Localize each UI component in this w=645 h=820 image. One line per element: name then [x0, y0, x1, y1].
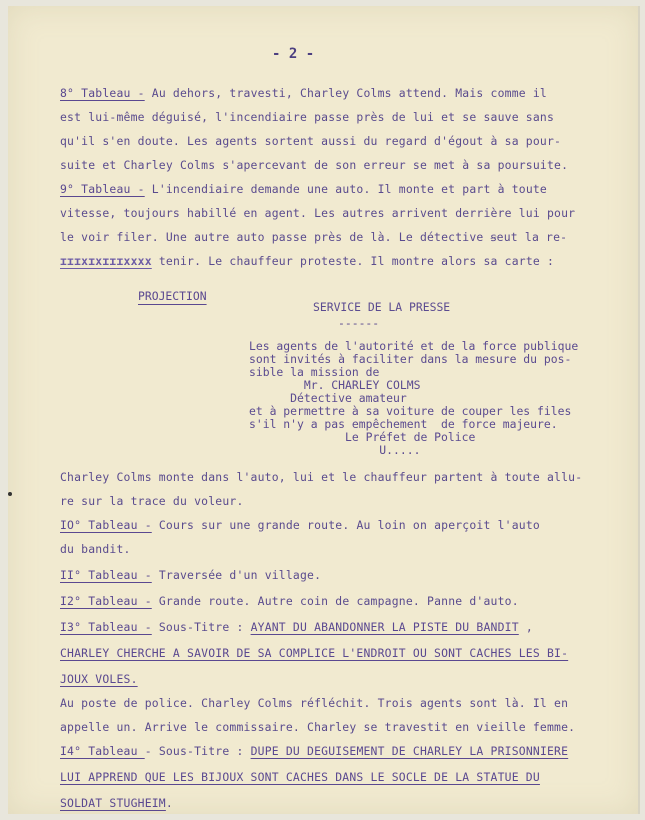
projection-label: PROJECTION	[138, 289, 207, 303]
line-text: qu'il s'en doute. Les agents sortent aus…	[60, 134, 561, 148]
line-text: est lui-même déguisé, l'incendiaire pass…	[60, 110, 554, 124]
subtitle-text: AYANT DU ABANDONNER LA PISTE DU BANDIT	[251, 620, 519, 634]
line-text: appelle un. Arrive le commissaire. Charl…	[60, 720, 575, 734]
text-line: CHARLEY CHERCHE A SAVOIR DE SA COMPLICE …	[60, 646, 568, 660]
text-line: JOUX VOLES.	[60, 672, 138, 686]
tableau-label: I3° Tableau -	[60, 620, 152, 634]
line-text: re sur la trace du voleur.	[60, 494, 244, 508]
text-line: du bandit.	[60, 542, 131, 556]
line-text: Cours sur une grande route. Au loin on a…	[152, 518, 540, 532]
text-line: 8° Tableau - Au dehors, travesti, Charle…	[60, 86, 547, 100]
text-line: Charley Colms monte dans l'auto, lui et …	[60, 470, 582, 484]
text-line: le voir filer. Une autre auto passe près…	[60, 230, 567, 244]
notice-title: SERVICE DE LA PRESSE	[313, 300, 450, 315]
text-line: 9° Tableau - L'incendiaire demande une a…	[60, 182, 547, 196]
line-text: .	[166, 796, 173, 810]
text-line: suite et Charley Colms s'apercevant de s…	[60, 158, 568, 172]
line-text: - Sous-Titre :	[145, 744, 251, 758]
text-line: II° Tableau - Traversée d'un village.	[60, 568, 321, 582]
tableau-label: I2° Tableau -	[60, 594, 152, 608]
tableau-label: 9° Tableau -	[60, 182, 145, 196]
text-line: re sur la trace du voleur.	[60, 494, 244, 508]
text-line: vitesse, toujours habillé en agent. Les …	[60, 206, 575, 220]
text-line: est lui-même déguisé, l'incendiaire pass…	[60, 110, 554, 124]
line-text: tenir. Le chauffeur proteste. Il montre …	[152, 254, 554, 268]
struck-out-text: ɪɪɪxɪxɪɪɪxxxx	[60, 254, 152, 268]
margin-mark	[8, 492, 12, 496]
line-text: Grande route. Autre coin de campagne. Pa…	[152, 594, 519, 608]
line-text: vitesse, toujours habillé en agent. Les …	[60, 206, 575, 220]
line-text: Au dehors, travesti, Charley Colms atten…	[145, 86, 547, 100]
notice-initial: U.....	[249, 443, 420, 458]
tableau-label: II° Tableau -	[60, 568, 152, 582]
text-line: LUI APPREND QUE LES BIJOUX SONT CACHES D…	[60, 770, 540, 784]
line-text: Sous-Titre :	[152, 620, 251, 634]
text-line: SOLDAT STUGHEIM.	[60, 796, 173, 810]
tableau-label: IO° Tableau -	[60, 518, 152, 532]
subtitle-text: LUI APPREND QUE LES BIJOUX SONT CACHES D…	[60, 770, 540, 784]
text-line: ɪɪɪxɪxɪɪɪxxxx tenir. Le chauffeur protes…	[60, 254, 554, 268]
line-text: ,	[519, 620, 533, 634]
subtitle-text: DUPE DU DEGUISEMENT DE CHARLEY LA PRISON…	[251, 744, 569, 758]
line-text: le voir filer. Une autre auto passe près…	[60, 230, 567, 244]
line-text: Au poste de police. Charley Colms réfléc…	[60, 696, 568, 710]
subtitle-text: SOLDAT STUGHEIM	[60, 796, 166, 810]
page-number: - 2 -	[272, 46, 314, 62]
notice-rule: ------	[338, 316, 379, 331]
text-line: I2° Tableau - Grande route. Autre coin d…	[60, 594, 519, 608]
text-line: IO° Tableau - Cours sur une grande route…	[60, 518, 540, 532]
tableau-label: I4° Tableau	[60, 744, 145, 758]
text-line: I4° Tableau - Sous-Titre : DUPE DU DEGUI…	[60, 744, 568, 758]
text-line: appelle un. Arrive le commissaire. Charl…	[60, 720, 575, 734]
text-line: qu'il s'en doute. Les agents sortent aus…	[60, 134, 561, 148]
subtitle-text: CHARLEY CHERCHE A SAVOIR DE SA COMPLICE …	[60, 646, 568, 660]
line-text: L'incendiaire demande une auto. Il monte…	[145, 182, 547, 196]
projection-heading: PROJECTION	[138, 289, 207, 303]
line-text: suite et Charley Colms s'apercevant de s…	[60, 158, 568, 172]
line-text: Traversée d'un village.	[152, 568, 321, 582]
text-line: I3° Tableau - Sous-Titre : AYANT DU ABAN…	[60, 620, 533, 634]
text-line: Au poste de police. Charley Colms réfléc…	[60, 696, 568, 710]
tableau-label: 8° Tableau -	[60, 86, 145, 100]
subtitle-text: JOUX VOLES.	[60, 672, 138, 686]
line-text: Charley Colms monte dans l'auto, lui et …	[60, 470, 582, 484]
typewritten-page: - 2 - 8° Tableau - Au dehors, travesti, …	[8, 6, 640, 814]
line-text: du bandit.	[60, 542, 131, 556]
